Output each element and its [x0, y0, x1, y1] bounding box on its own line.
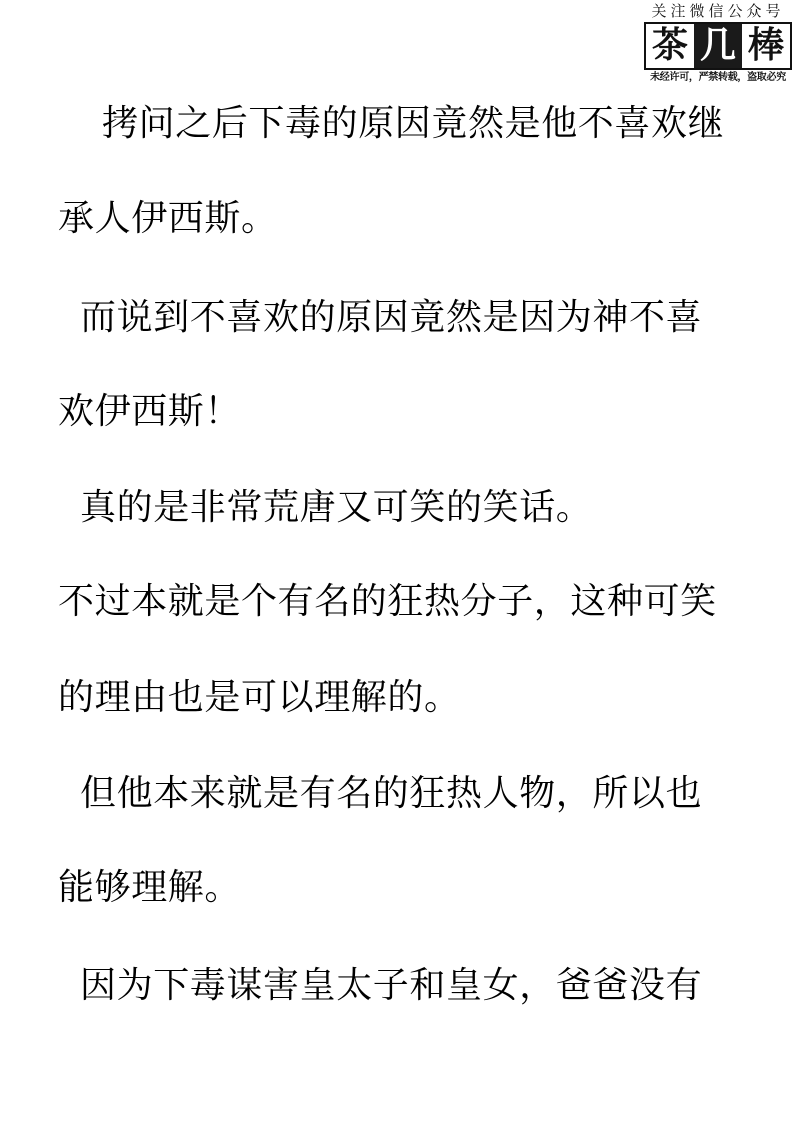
- watermark-follow-text: 关注微信公众号: [644, 2, 792, 20]
- watermark-brand-char: 几: [694, 24, 742, 68]
- text-line: 承人伊西斯。: [58, 199, 278, 239]
- watermark-brand-char: 棒: [742, 24, 790, 68]
- watermark-copyright-text: 未经许可，严禁转载，盗取必究: [644, 71, 792, 85]
- watermark-brand-char: 茶: [646, 24, 694, 68]
- watermark-brand: 茶 几 棒: [644, 22, 792, 70]
- text-line: 而说到不喜欢的原因竟然是因为神不喜: [80, 298, 702, 338]
- text-line: 欢伊西斯！: [58, 392, 241, 432]
- watermark-logo: 关注微信公众号 茶 几 棒 未经许可，严禁转载，盗取必究: [644, 2, 792, 86]
- text-line: 但他本来就是有名的狂热人物，所以也: [80, 774, 702, 814]
- text-line: 拷问之后下毒的原因竟然是他不喜欢继: [102, 104, 724, 144]
- text-line: 因为下毒谋害皇太子和皇女，爸爸没有: [80, 966, 702, 1006]
- text-line: 能够理解。: [58, 868, 241, 908]
- text-line: 真的是非常荒唐又可笑的笑话。: [80, 488, 592, 528]
- text-line: 的理由也是可以理解的。: [58, 678, 461, 718]
- text-line: 不过本就是个有名的狂热分子，这种可笑: [58, 582, 717, 622]
